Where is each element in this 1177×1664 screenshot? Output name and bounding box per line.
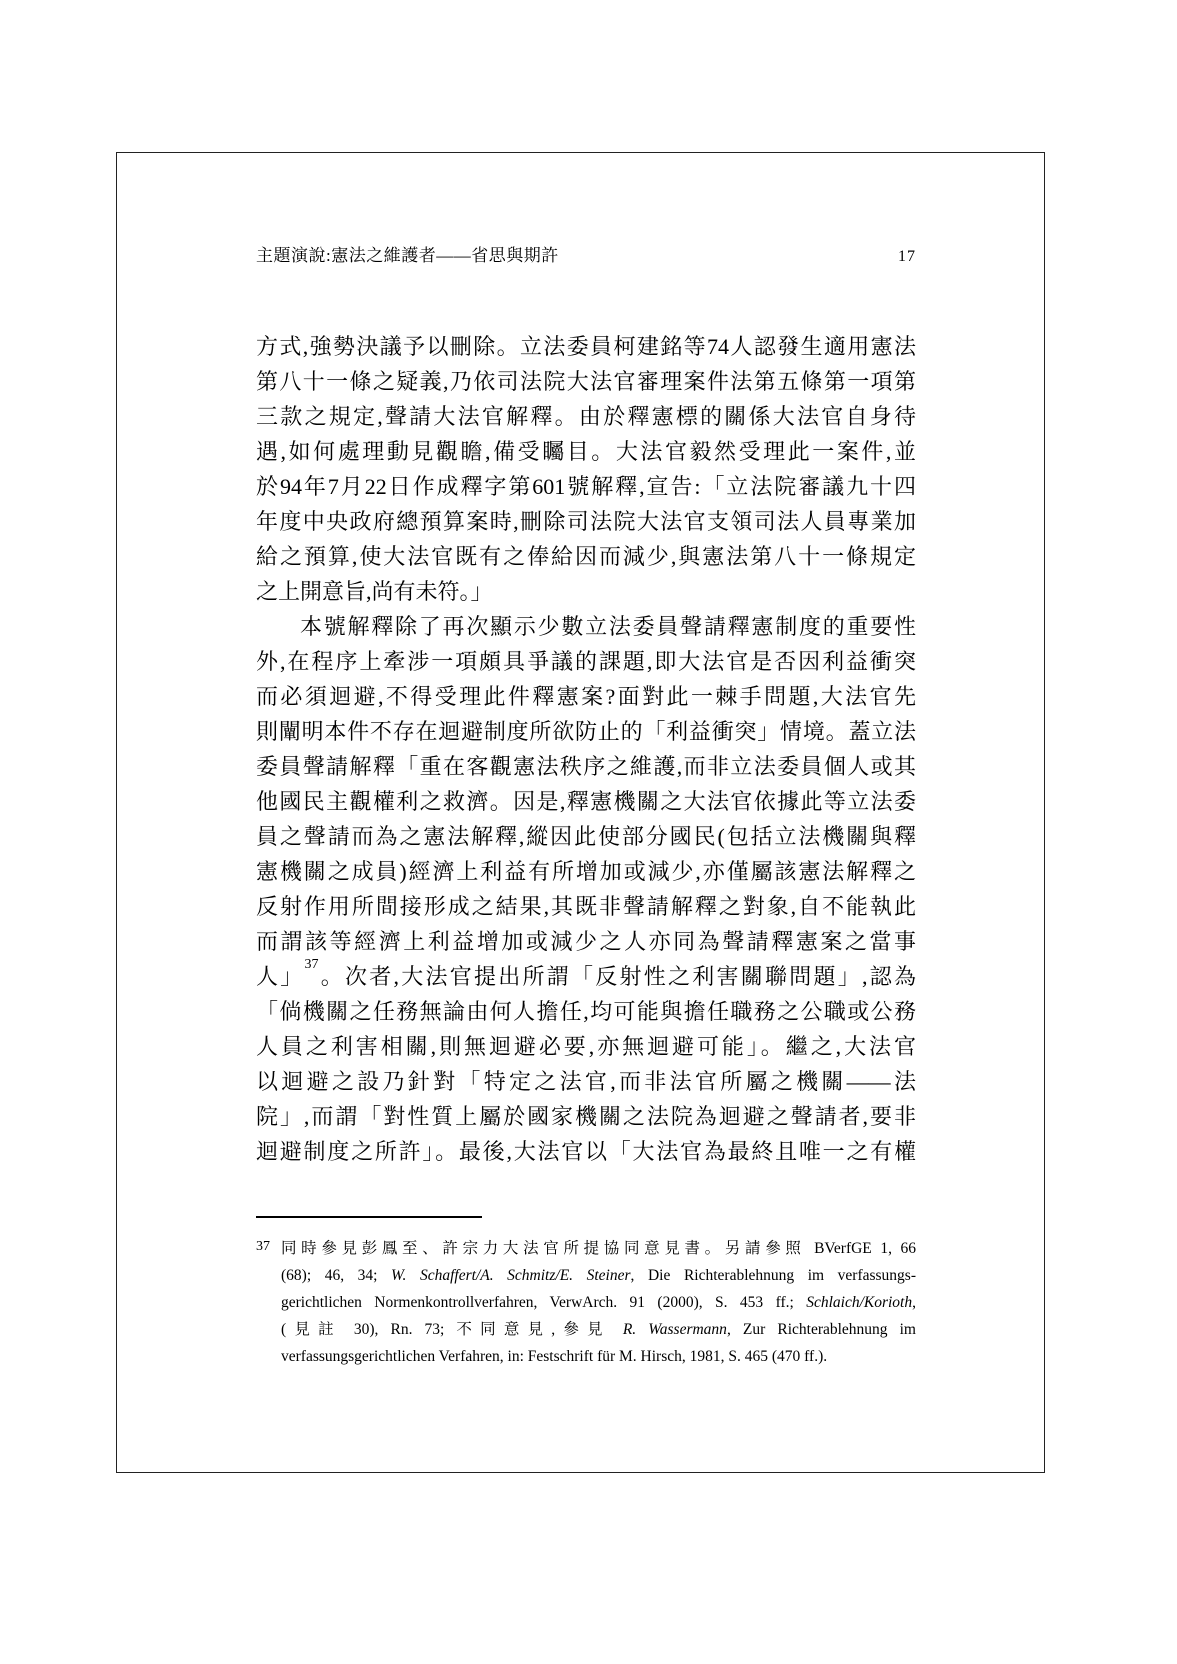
footnote-line-text: (68); 46, 34; — [281, 1267, 391, 1284]
footnote-line: verfassungsgerichtlichen Verfahren, in: … — [281, 1343, 916, 1370]
body-line: 委員聲請解釋「重在客觀憲法秩序之維護,而非立法委員個人或其 — [256, 749, 916, 784]
footnote-line-text: , Die Richterablehnung im verfassungs- — [631, 1267, 916, 1284]
footnote-text: 同時參見彭鳳至、許宗力大法官所提協同意見書。另請參照 BVerfGE 1, 66… — [281, 1235, 916, 1370]
footnote-number: 37 — [256, 1239, 270, 1255]
scanned-document-page: { "document": { "header": { "title": "主題… — [0, 0, 1177, 1664]
citation-author-italic: R. Wassermann — [623, 1321, 727, 1338]
footnote-line-text: gerichtlichen Normenkontrollverfahren, V… — [281, 1294, 806, 1311]
body-text: 方式,強勢決議予以刪除。立法委員柯建銘等74人認發生適用憲法第八十一條之疑義,乃… — [256, 329, 916, 1169]
body-line: 則闡明本件不存在迴避制度所欲防止的「利益衝突」情境。蓋立法 — [256, 714, 916, 749]
footnote-line-text: (見註 30), Rn. 73; 不同意見,參見 — [281, 1321, 623, 1338]
body-line: 方式,強勢決議予以刪除。立法委員柯建銘等74人認發生適用憲法 — [256, 329, 916, 364]
body-line: 而必須迴避,不得受理此件釋憲案?面對此一棘手問題,大法官先 — [256, 679, 916, 714]
footnote-line: 同時參見彭鳳至、許宗力大法官所提協同意見書。另請參照 BVerfGE 1, 66 — [281, 1235, 916, 1262]
footnote-line: (68); 46, 34; W. Schaffert/A. Schmitz/E.… — [281, 1262, 916, 1289]
body-line: 本號解釋除了再次顯示少數立法委員聲請釋憲制度的重要性 — [256, 609, 916, 644]
footnote-separator — [256, 1216, 482, 1218]
body-line-text: 。次者,大法官提出所謂「反射性之利害關聯問題」,認為 — [319, 964, 916, 989]
body-line: 反射作用所間接形成之結果,其既非聲請解釋之對象,自不能執此 — [256, 889, 916, 924]
page-header: 主題演說:憲法之維護者——省思與期許 17 — [256, 243, 916, 270]
body-line: 第八十一條之疑義,乃依司法院大法官審理案件法第五條第一項第 — [256, 364, 916, 399]
body-line: 人」37。次者,大法官提出所謂「反射性之利害關聯問題」,認為 — [256, 959, 916, 994]
footnote: 37 同時參見彭鳳至、許宗力大法官所提協同意見書。另請參照 BVerfGE 1,… — [256, 1235, 916, 1370]
body-line: 於94年7月22日作成釋字第601號解釋,宣告:「立法院審議九十四 — [256, 469, 916, 504]
body-line: 之上開意旨,尚有未符。」 — [256, 574, 916, 609]
footnote-line-text: 同時參見彭鳳至、許宗力大法官所提協同意見書。另請參照 BVerfGE 1, 66 — [281, 1240, 916, 1257]
footnote-line-text: , Zur Richterablehnung im — [727, 1321, 916, 1338]
footnote-line-text: verfassungsgerichtlichen Verfahren, in: … — [281, 1348, 827, 1365]
footnote-line: (見註 30), Rn. 73; 不同意見,參見 R. Wassermann, … — [281, 1316, 916, 1343]
footnote-reference-mark: 37 — [305, 959, 319, 972]
body-line: 憲機關之成員)經濟上利益有所增加或減少,亦僅屬該憲法解釋之 — [256, 854, 916, 889]
page-number: 17 — [898, 244, 916, 270]
running-head-title: 主題演說:憲法之維護者——省思與期許 — [256, 243, 559, 269]
body-line: 院」,而謂「對性質上屬於國家機關之法院為迴避之聲請者,要非 — [256, 1099, 916, 1134]
body-line: 三款之規定,聲請大法官解釋。由於釋憲標的關係大法官自身待 — [256, 399, 916, 434]
body-line: 迴避制度之所許」。最後,大法官以「大法官為最終且唯一之有權 — [256, 1134, 916, 1169]
page-border: 主題演說:憲法之維護者——省思與期許 17 方式,強勢決議予以刪除。立法委員柯建… — [116, 152, 1045, 1473]
body-line: 員之聲請而為之憲法解釋,縱因此使部分國民(包括立法機關與釋 — [256, 819, 916, 854]
body-line: 他國民主觀權利之救濟。因是,釋憲機關之大法官依據此等立法委 — [256, 784, 916, 819]
body-line: 人員之利害相關,則無迴避必要,亦無迴避可能」。繼之,大法官 — [256, 1029, 916, 1064]
citation-author-italic: Schlaich/Korioth — [806, 1294, 912, 1311]
body-line: 而謂該等經濟上利益增加或減少之人亦同為聲請釋憲案之當事 — [256, 924, 916, 959]
footnote-line: gerichtlichen Normenkontrollverfahren, V… — [281, 1289, 916, 1316]
body-line-text: 人」 — [256, 964, 305, 989]
body-line: 「倘機關之任務無論由何人擔任,均可能與擔任職務之公職或公務 — [256, 994, 916, 1029]
body-line: 以迴避之設乃針對「特定之法官,而非法官所屬之機關——法 — [256, 1064, 916, 1099]
body-line: 遇,如何處理動見觀瞻,備受矚目。大法官毅然受理此一案件,並 — [256, 434, 916, 469]
body-line: 給之預算,使大法官既有之俸給因而減少,與憲法第八十一條規定 — [256, 539, 916, 574]
citation-author-italic: W. Schaffert/A. Schmitz/E. Steiner — [391, 1267, 630, 1284]
body-line: 年度中央政府總預算案時,刪除司法院大法官支領司法人員專業加 — [256, 504, 916, 539]
footnote-line-text: , — [912, 1294, 916, 1311]
body-line: 外,在程序上牽涉一項頗具爭議的課題,即大法官是否因利益衝突 — [256, 644, 916, 679]
